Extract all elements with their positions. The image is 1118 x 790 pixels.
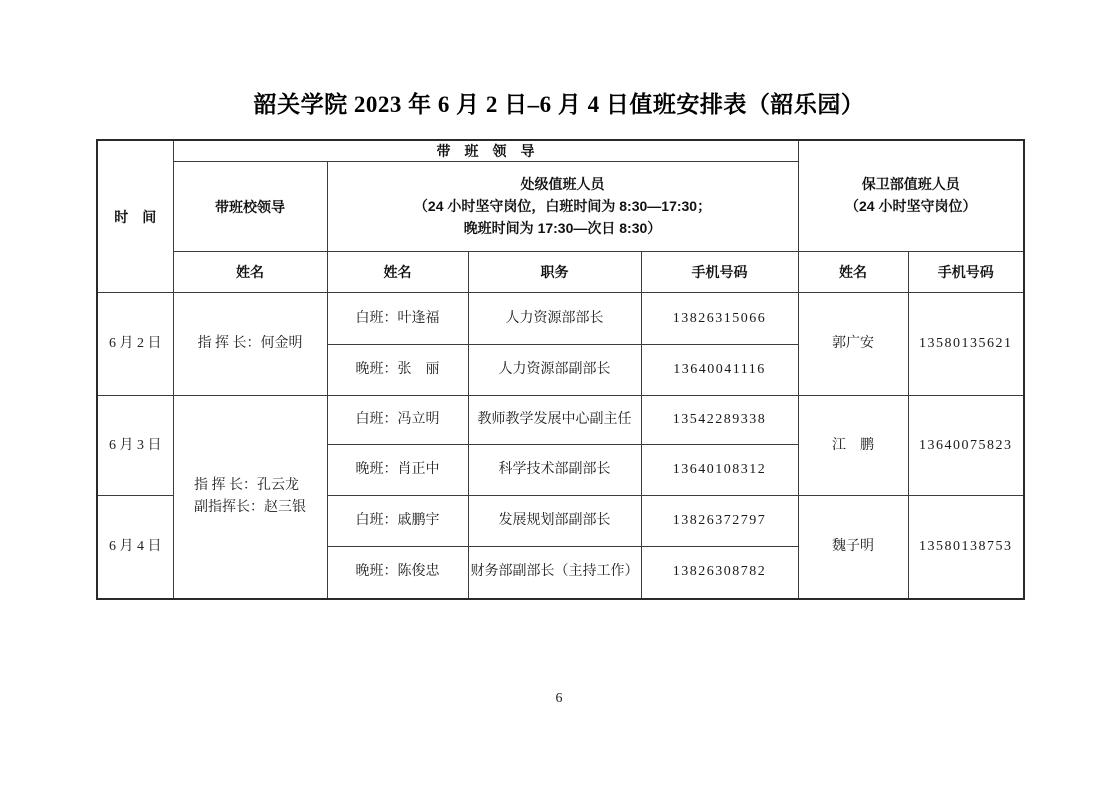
shift-label-cell: 白班：叶逢福 [327,293,468,345]
phone-cell: 13542289338 [641,396,798,445]
header-division-position: 职务 [468,252,641,293]
header-division-name: 姓名 [327,252,468,293]
header-division-duty-line3: 晚班时间为 17:30—次日 8:30） [328,218,798,240]
phone-cell: 13640041116 [641,345,798,396]
header-security-duty-line1: 保卫部值班人员 [799,174,1024,196]
date-cell-jun2: 6 月 2 日 [97,293,173,396]
header-school-leader-name: 姓名 [173,252,327,293]
header-duty-leader-group: 带 班 领 导 [173,140,798,162]
position-cell: 财务部副部长（主持工作） [468,547,641,599]
header-division-duty-line1: 处级值班人员 [328,174,798,196]
phone-cell: 13826372797 [641,496,798,547]
page-title: 韶关学院 2023 年 6 月 2 日–6 月 4 日值班安排表（韶乐园） [0,86,1118,119]
header-security-duty: 保卫部值班人员 （24 小时坚守岗位） [798,140,1024,252]
header-time: 时 间 [97,140,173,293]
shift-label-cell: 晚班：张 丽 [327,345,468,396]
security-phone-cell: 13580135621 [908,293,1024,396]
commander-name: 指 挥 长：何金明 [198,333,303,355]
position-cell: 科学技术部副部长 [468,445,641,496]
commander-cell-jun3-jun4: 指 挥 长：孔云龙 副指挥长：赵三银 [173,396,327,599]
phone-cell: 13826308782 [641,547,798,599]
header-school-leader: 带班校领导 [173,162,327,252]
date-cell-jun4: 6 月 4 日 [97,496,173,599]
shift-label-cell: 晚班：陈俊忠 [327,547,468,599]
security-phone-cell: 13580138753 [908,496,1024,599]
phone-cell: 13826315066 [641,293,798,345]
header-division-phone: 手机号码 [641,252,798,293]
header-division-duty: 处级值班人员 （24 小时坚守岗位，白班时间为 8:30—17:30； 晚班时间… [327,162,798,252]
shift-label-cell: 晚班：肖正中 [327,445,468,496]
deputy-commander-name: 副指挥长：赵三银 [194,500,306,515]
date-cell-jun3: 6 月 3 日 [97,396,173,496]
security-name-cell: 江 鹏 [798,396,908,496]
document-page: 韶关学院 2023 年 6 月 2 日–6 月 4 日值班安排表（韶乐园） 时 … [0,0,1118,790]
position-cell: 人力资源部副部长 [468,345,641,396]
duty-schedule-table: 时 间 带 班 领 导 保卫部值班人员 （24 小时坚守岗位） 带班校领导 处级… [96,139,1025,600]
security-name-cell: 郭广安 [798,293,908,396]
header-division-duty-line2: （24 小时坚守岗位，白班时间为 8:30—17:30； [328,196,798,218]
page-number: 6 [0,691,1118,707]
phone-cell: 13640108312 [641,445,798,496]
header-security-duty-line2: （24 小时坚守岗位） [799,196,1024,218]
position-cell: 人力资源部部长 [468,293,641,345]
commander-name: 指 挥 长：孔云龙 [194,478,299,493]
shift-label-cell: 白班：冯立明 [327,396,468,445]
security-phone-cell: 13640075823 [908,396,1024,496]
security-name-cell: 魏子明 [798,496,908,599]
position-cell: 教师教学发展中心副主任 [468,396,641,445]
header-security-name: 姓名 [798,252,908,293]
position-cell: 发展规划部副部长 [468,496,641,547]
header-security-phone: 手机号码 [908,252,1024,293]
commander-cell-jun2: 指 挥 长：何金明 [173,293,327,396]
shift-label-cell: 白班：戚鹏宇 [327,496,468,547]
